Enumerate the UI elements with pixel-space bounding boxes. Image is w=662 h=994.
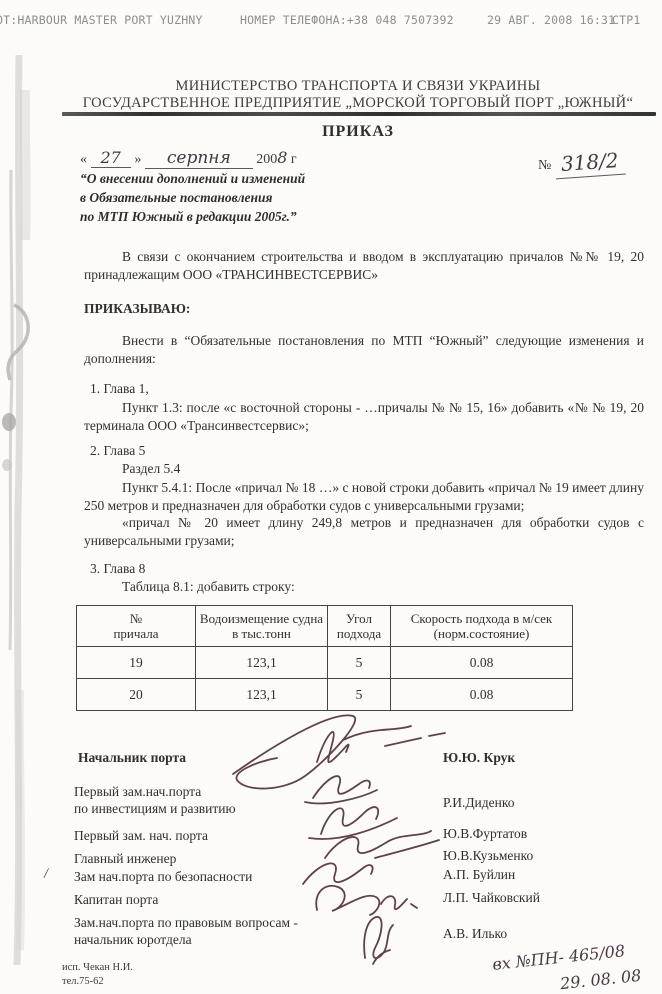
chapter5-text2: «причал № 20 имеет длину 249,8 метров и …	[84, 514, 644, 549]
sig-title-chief-engineer: Главный инженер	[74, 851, 176, 867]
table-header-row: № причала Водоизмещение судна в тыс.тонн…	[77, 606, 573, 647]
table-row: 19 123,1 5 0.08	[77, 647, 573, 679]
date-line: « 27 » серпня 2008 г	[80, 148, 297, 169]
fax-from: ОТ:HARBOUR MASTER PORT YUZHNY	[0, 13, 203, 27]
header-rule	[62, 112, 656, 116]
checkmark-slash: /	[43, 866, 49, 883]
chapter8-text: Таблица 8.1: добавить строку:	[122, 579, 295, 595]
quote-close: »	[134, 152, 141, 167]
col-displacement: Водоизмещение судна в тыс.тонн	[196, 606, 328, 647]
sig-title-first-deputy-invest: Первый зам.нач.порта	[74, 784, 201, 800]
month-handwritten: серпня	[145, 148, 253, 169]
chapter1-title: 1. Глава 1,	[90, 381, 149, 397]
sig-title-first-deputy-invest-line2: по инвестициям и развитию	[74, 801, 236, 817]
berth-parameters-table: № причала Водоизмещение судна в тыс.тонн…	[76, 605, 573, 711]
signatures-ink	[225, 706, 460, 976]
subject-line1: “О внесении дополнений и изменений	[80, 169, 410, 188]
number-label: №	[538, 158, 551, 173]
chapter5-text1: Пункт 5.4.1: После «причал № 18 …» с нов…	[84, 479, 644, 514]
year-handwritten: 8	[277, 148, 287, 167]
executor-name: исп. Чекан Н.И.	[62, 961, 133, 975]
executor-phone: тел.75-62	[62, 975, 133, 989]
day-handwritten: 27	[91, 148, 131, 168]
order-intro-paragraph: Внести в “Обязательные постановления по …	[84, 332, 644, 367]
chapter5-title: 2. Глава 5	[90, 443, 145, 459]
year-unit: г	[291, 152, 297, 167]
order-number: № 318/2	[538, 150, 625, 177]
col-approach-speed: Скорость подхода в м/сек (норм.состояние…	[391, 606, 573, 647]
sig-title-first-deputy: Первый зам. нач. порта	[74, 828, 208, 844]
executor-block: исп. Чекан Н.И. тел.75-62	[62, 961, 133, 989]
col-berth-number: № причала	[77, 606, 196, 647]
enterprise-line: ГОСУДАРСТВЕННОЕ ПРЕДПРИЯТИЕ „МОРСКОЙ ТОР…	[60, 95, 656, 112]
doc-type-title: ПРИКАЗ	[60, 123, 656, 141]
fax-page-number: СТР1	[612, 13, 641, 27]
year-printed: 200	[256, 152, 277, 167]
fax-datetime: 29 АВГ. 2008 16:31	[487, 13, 615, 27]
subject-line3: по МТП Южный в редакции 2005г.”	[80, 207, 410, 226]
ministry-line: МИНИСТЕРСТВО ТРАНСПОРТА И СВЯЗИ УКРАИНЫ	[60, 78, 656, 95]
scanned-order-page: ОТ:HARBOUR MASTER PORT YUZHNY НОМЕР ТЕЛЕ…	[0, 0, 662, 994]
number-handwritten: 318/2	[554, 148, 625, 180]
subject-line2: в Обязательные постановления	[80, 188, 410, 207]
chapter5-section: Раздел 5.4	[122, 461, 180, 477]
registration-note-line2: 29. 08. 08	[559, 966, 642, 993]
chapter8-title: 3. Глава 8	[90, 561, 145, 577]
quote-open: «	[80, 152, 87, 167]
sig-title-deputy-legal-line2: начальник юротдела	[74, 932, 192, 948]
chapter1-text: Пункт 1.3: после «с восточной стороны - …	[84, 399, 644, 434]
fax-phone: НОМЕР ТЕЛЕФОНА:+38 048 7507392	[240, 13, 454, 27]
sig-title-harbour-master: Капитан порта	[74, 892, 158, 908]
col-approach-angle: Угол подхода	[328, 606, 391, 647]
order-word: ПРИКАЗЫВАЮ:	[84, 300, 644, 318]
order-subject: “О внесении дополнений и изменений в Обя…	[80, 169, 410, 226]
scan-artifacts	[0, 50, 46, 980]
sig-title-port-chief: Начальник порта	[78, 750, 186, 766]
intro-paragraph: В связи с окончанием строительства и вво…	[84, 248, 644, 283]
